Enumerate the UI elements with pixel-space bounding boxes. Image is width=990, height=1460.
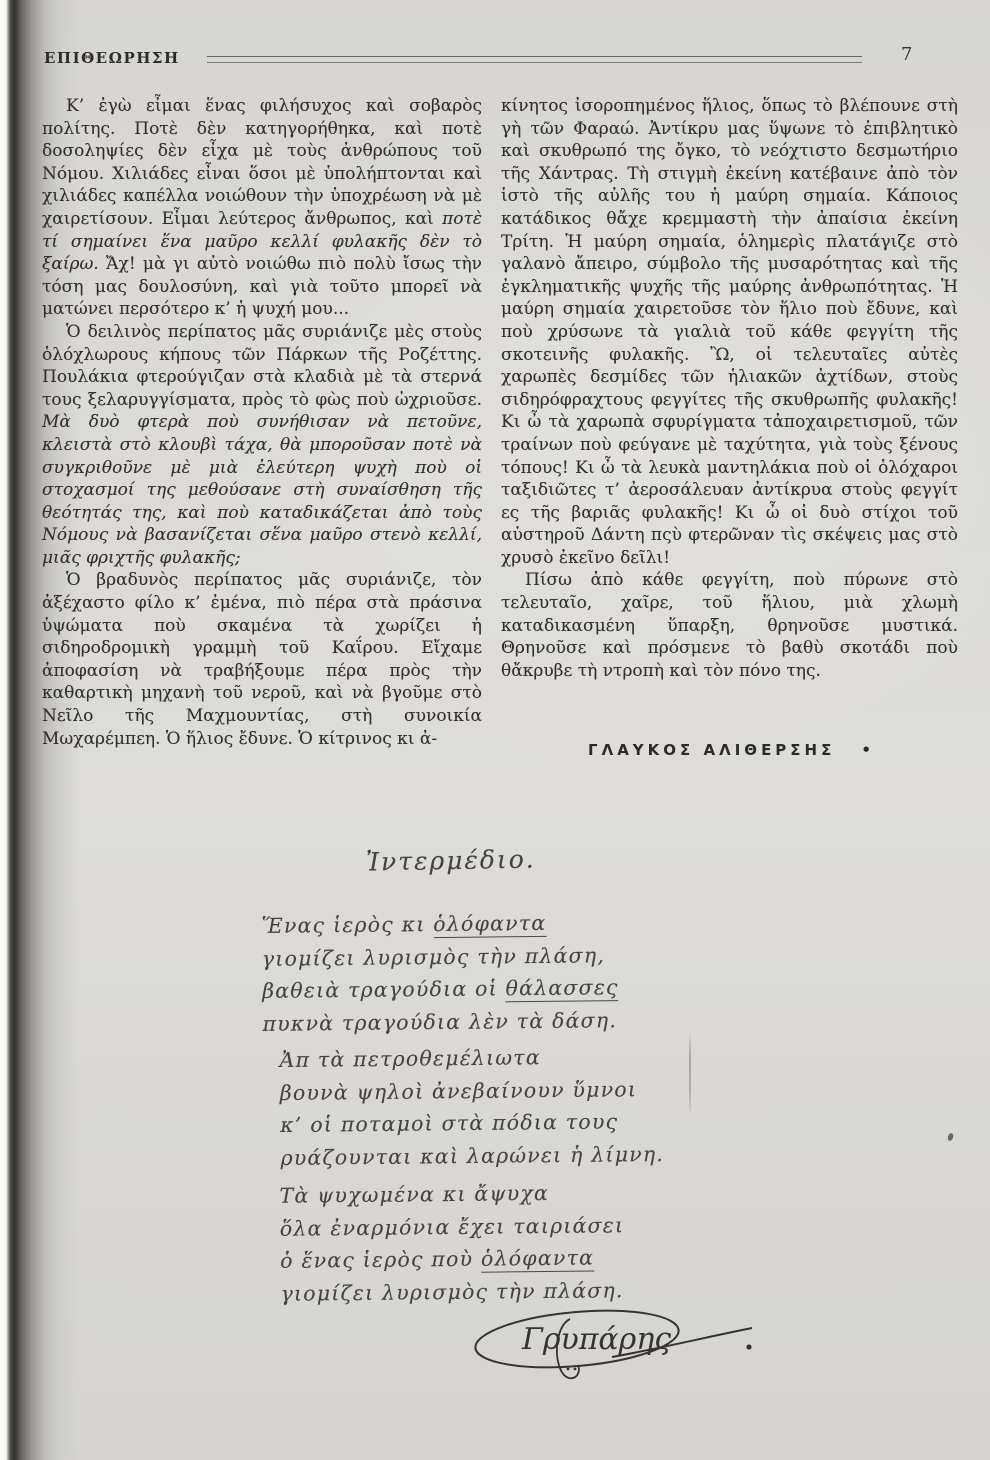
poem-line-text: Τὰ ψυχωμένα κι ἄψυχα	[279, 1181, 549, 1208]
poem-title: Ἰντερμέδιο.	[366, 845, 536, 877]
byline: ΓΛΑΥΚΟΣ ΑΛΙΘΕΡΣΗΣ•	[501, 741, 958, 759]
scan-artifact	[947, 1132, 954, 1141]
paragraph: Ὁ βραδυνὸς περίπατος μᾶς συριάνιζε, τὸν …	[42, 569, 482, 750]
paragraph-text: Κ’ ἐγὼ εἶμαι ἕνας φιλήσυχος καὶ σοβαρὸς …	[42, 96, 482, 229]
poem-stanza: Τὰ ψυχωμένα κι ἄψυχα ὅλα ἐναρμόνια ἔχει …	[279, 1176, 625, 1310]
paragraph: Ὁ δειλινὸς περίπατος μᾶς συριάνιζε μὲς σ…	[42, 321, 482, 570]
masthead-title: ΕΠΙΘΕΩΡΗΣΗ	[44, 49, 180, 67]
article-right-column: κίνητος ἰσοροπημένος ἥλιος, ὅπως τὸ βλέπ…	[501, 95, 958, 682]
poem-line: πυκνὰ τραγούδια λὲν τὰ δάση.	[262, 1004, 619, 1040]
poem-line-text: βαθειὰ τραγούδια οἱ	[262, 976, 506, 1003]
poem-line: Ἕνας ἱερὸς κι ὁλόφαντα	[261, 906, 618, 942]
poem-line: βαθειὰ τραγούδια οἱ θάλασσες	[262, 971, 619, 1007]
handwritten-signature: Γρυπάρης	[452, 1295, 772, 1390]
poem-line-text: Ἕνας ἱερὸς κι	[261, 912, 433, 938]
poem-line: βουνὰ ψηλοὶ ἀνεβαίνουν ὕμνοι	[280, 1072, 664, 1109]
paragraph-text: Ὁ δειλινὸς περίπατος μᾶς συριάνιζε μὲς σ…	[42, 322, 482, 410]
poem-line: ὅλα ἐναρμόνια ἔχει ταιριάσει	[280, 1209, 625, 1245]
poem-line-underlined: ὁλόφαντα	[481, 1246, 594, 1273]
paragraph-text: Ἄχ! μὰ γι αὐτὸ νοιώθω πιὸ πολὺ ἴσως τὴν …	[42, 254, 482, 319]
poem-line-text: ὅλα ἐναρμόνια ἔχει ταιριάσει	[280, 1213, 625, 1241]
author-name: ΓΛΑΥΚΟΣ ΑΛΙΘΕΡΣΗΣ	[588, 741, 835, 759]
paragraph: Πίσω ἀπὸ κάθε φεγγίτη, ποὺ πύρωνε στὸ τε…	[501, 569, 958, 682]
poem-stanza: Ἀπ τὰ πετροθεμέλιωτα βουνὰ ψηλοὶ ἀνεβαίν…	[279, 1040, 664, 1174]
poem-line-underlined: ὁλόφαντα	[433, 911, 546, 938]
article-left-column: Κ’ ἐγὼ εἶμαι ἕνας φιλήσυχος καὶ σοβαρὸς …	[42, 95, 482, 750]
poem-line: ρυάζουνται καὶ λαρώνει ἡ λίμνη.	[280, 1137, 664, 1174]
poem-line: κ’ οἱ ποταμοὶ στὰ πόδια τους	[280, 1105, 664, 1142]
paragraph: κίνητος ἰσοροπημένος ἥλιος, ὅπως τὸ βλέπ…	[501, 95, 958, 569]
poem-line-text: ὁ ἕνας ἱερὸς ποὺ	[280, 1247, 481, 1273]
poem-line-text: βουνὰ ψηλοὶ ἀνεβαίνουν ὕμνοι	[280, 1077, 637, 1105]
poem-line: ὁ ἕνας ἱερὸς ποὺ ὁλόφαντα	[280, 1241, 625, 1277]
scanned-magazine-page: ΕΠΙΘΕΩΡΗΣΗ 7 Κ’ ἐγὼ εἶμαι ἕνας φιλήσυχος…	[0, 0, 990, 1460]
poem-line-text: Ἀπ τὰ πετροθεμέλιωτα	[279, 1045, 541, 1072]
poem-line-text: γιομίζει λυρισμὸς τὴν πλάση,	[262, 943, 605, 971]
poem-line-text: κ’ οἱ ποταμοὶ στὰ πόδια τους	[280, 1109, 618, 1137]
poem-line-text: πυκνὰ τραγούδια λὲν τὰ δάση.	[262, 1008, 617, 1036]
byline-bullet: •	[861, 741, 871, 759]
paragraph: Κ’ ἐγὼ εἶμαι ἕνας φιλήσυχος καὶ σοβαρὸς …	[42, 95, 482, 321]
poem-line-text: ρυάζουνται καὶ λαρώνει ἡ λίμνη.	[280, 1141, 664, 1169]
poem-line: Τὰ ψυχωμένα κι ἄψυχα	[279, 1176, 624, 1212]
poem-line: γιομίζει λυρισμὸς τὴν πλάση,	[262, 939, 619, 975]
page-number: 7	[901, 44, 912, 65]
poem-line-underlined: θάλασσες	[505, 975, 618, 1002]
signature-name: Γρυπάρης	[521, 1322, 671, 1357]
header-double-rule	[207, 56, 862, 63]
poem-stanza: Ἕνας ἱερὸς κι ὁλόφαντα γιομίζει λυρισμὸς…	[261, 906, 619, 1040]
poem-line: Ἀπ τὰ πετροθεμέλιωτα	[279, 1040, 663, 1077]
scan-artifact	[689, 1032, 691, 1116]
paragraph-text-italic: Μὰ δυὸ φτερὰ ποὺ συνήθισαν νὰ πετοῦνε, κ…	[42, 412, 482, 568]
